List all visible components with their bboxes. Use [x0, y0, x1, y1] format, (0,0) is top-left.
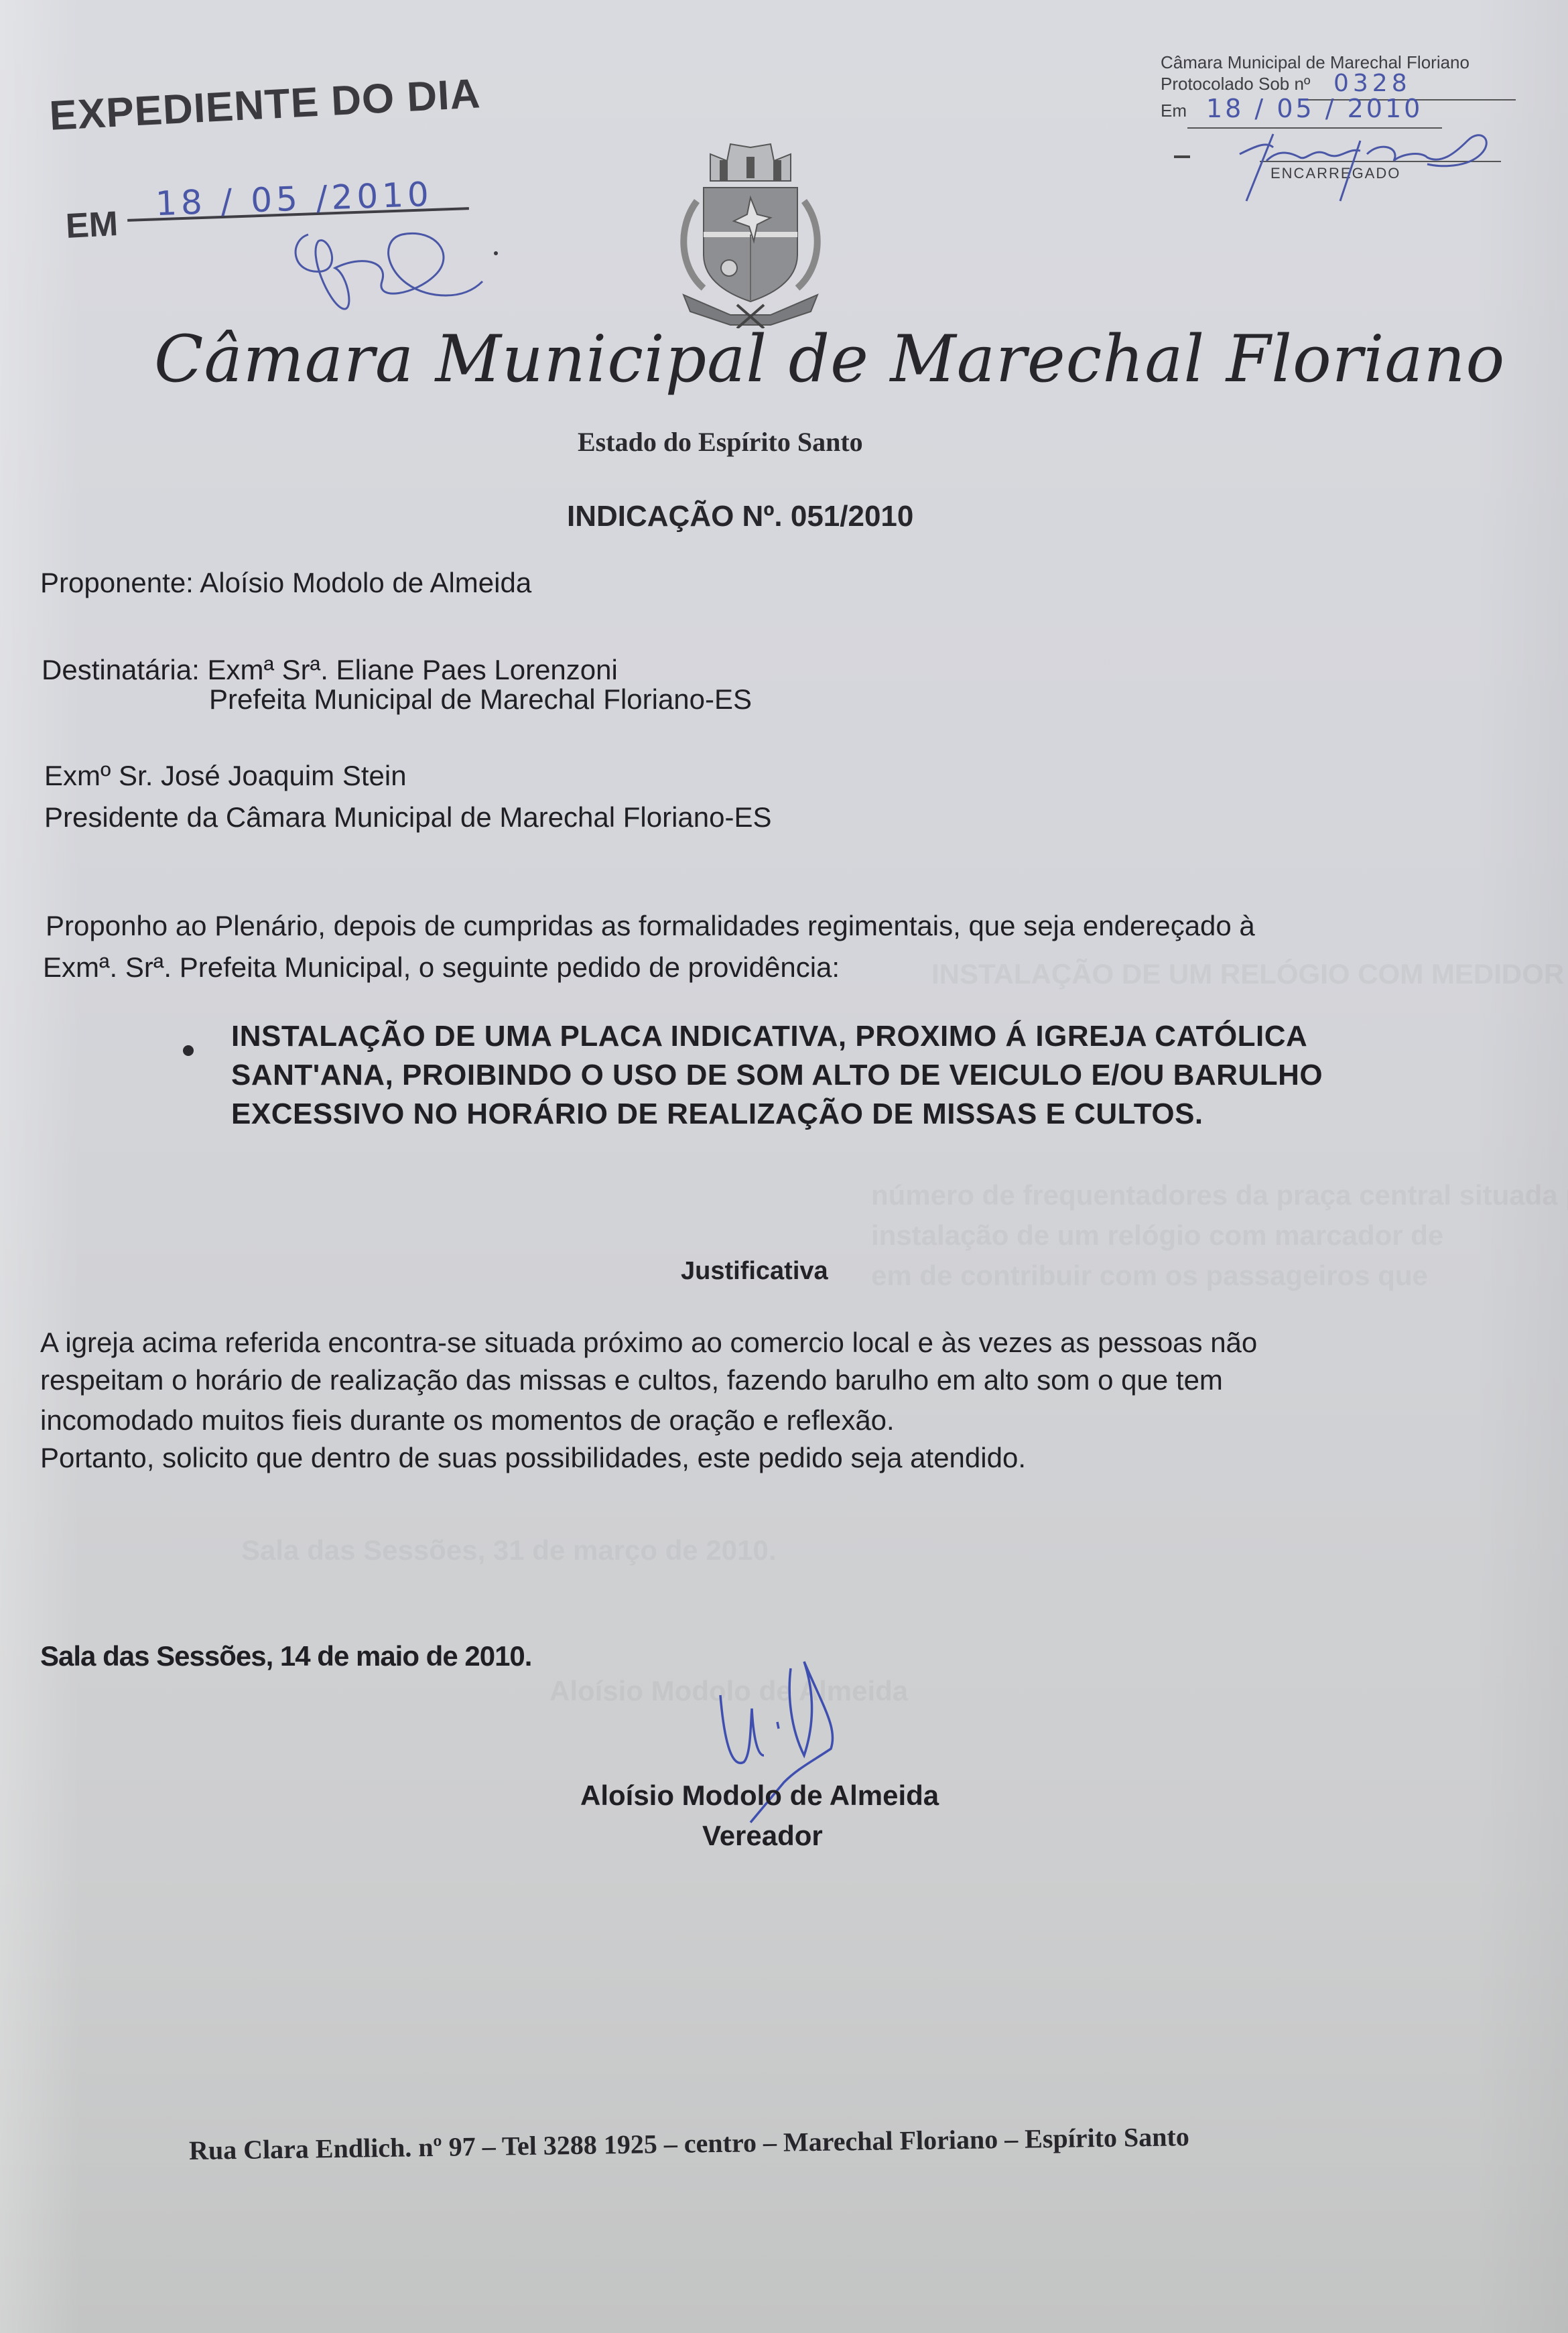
expediente-initials-signature	[281, 214, 503, 315]
state-subtitle: Estado do Espírito Santo	[578, 426, 863, 458]
page-title: Câmara Municipal de Marechal Floriano	[154, 322, 1505, 397]
bleed-through-text: instalação de um relógio com marcador de	[871, 1219, 1443, 1252]
signer-role: Vereador	[702, 1820, 823, 1852]
recipient-title: Prefeita Municipal de Marechal Floriano-…	[209, 683, 752, 716]
proponent-name: Aloísio Modolo de Almeida	[200, 567, 531, 598]
intro-line-2: Exmª. Srª. Prefeita Municipal, o seguint…	[43, 951, 840, 984]
document-number: INDICAÇÃO Nº. 051/2010	[567, 500, 913, 533]
recipient-label: Destinatária:	[42, 654, 200, 685]
place-date: Sala das Sessões, 14 de maio de 2010.	[40, 1640, 531, 1672]
justification-line-1: A igreja acima referida encontra-se situ…	[40, 1327, 1257, 1359]
bleed-through-text: Sala das Sessões, 31 de março de 2010.	[241, 1534, 777, 1567]
justification-heading: Justificativa	[681, 1257, 828, 1286]
request-line-2: SANT'ANA, PROIBINDO O USO DE SOM ALTO DE…	[231, 1059, 1323, 1092]
protocol-clerk-signature	[1226, 127, 1508, 208]
signer-name: Aloísio Modolo de Almeida	[580, 1780, 939, 1812]
protocol-handwritten-date: 18 / 05 / 2010	[1206, 94, 1423, 123]
proponent-label: Proponente:	[40, 567, 194, 598]
intro-line-1: Proponho ao Plenário, depois de cumprida…	[46, 910, 1255, 942]
recipient-line: Destinatária: Exmª Srª. Eliane Paes Lore…	[42, 654, 618, 686]
protocol-em-label: Em	[1161, 101, 1187, 121]
cc-title: Presidente da Câmara Municipal de Marech…	[44, 801, 772, 834]
protocol-dash	[1174, 155, 1190, 158]
cc-name: Exmº Sr. José Joaquim Stein	[44, 760, 407, 792]
protocol-stamp-header: Câmara Municipal de Marechal Floriano	[1161, 52, 1469, 72]
protocol-number-label: Protocolado Sob nº	[1161, 74, 1310, 94]
bleed-through-text: INSTALAÇÃO DE UM RELÓGIO COM MEDIDOR DE …	[931, 958, 1568, 990]
bleed-through-text: em de contribuir com os passageiros que	[871, 1260, 1428, 1292]
request-line-1: INSTALAÇÃO DE UMA PLACA INDICATIVA, PROX…	[231, 1020, 1307, 1053]
expediente-stamp-title: EXPEDIENTE DO DIA	[48, 70, 482, 140]
justification-line-2: respeitam o horário de realização das mi…	[40, 1364, 1223, 1396]
coat-of-arms-icon	[663, 134, 838, 328]
footer-address: Rua Clara Endlich. nº 97 – Tel 3288 1925…	[189, 2121, 1189, 2166]
justification-line-3: incomodado muitos fieis durante os momen…	[40, 1404, 895, 1437]
bullet-icon	[183, 1045, 194, 1056]
justification-line-4: Portanto, solicito que dentro de suas po…	[40, 1442, 1026, 1474]
protocol-number: 0328	[1333, 70, 1411, 97]
expediente-em-label: EM	[64, 204, 119, 247]
proponent-line: Proponente: Aloísio Modolo de Almeida	[40, 567, 531, 599]
request-line-3: EXCESSIVO NO HORÁRIO DE REALIZAÇÃO DE MI…	[231, 1097, 1203, 1131]
bleed-through-text: número de frequentadores da praça centra…	[871, 1179, 1568, 1211]
recipient-name: Exmª Srª. Eliane Paes Lorenzoni	[207, 654, 617, 685]
